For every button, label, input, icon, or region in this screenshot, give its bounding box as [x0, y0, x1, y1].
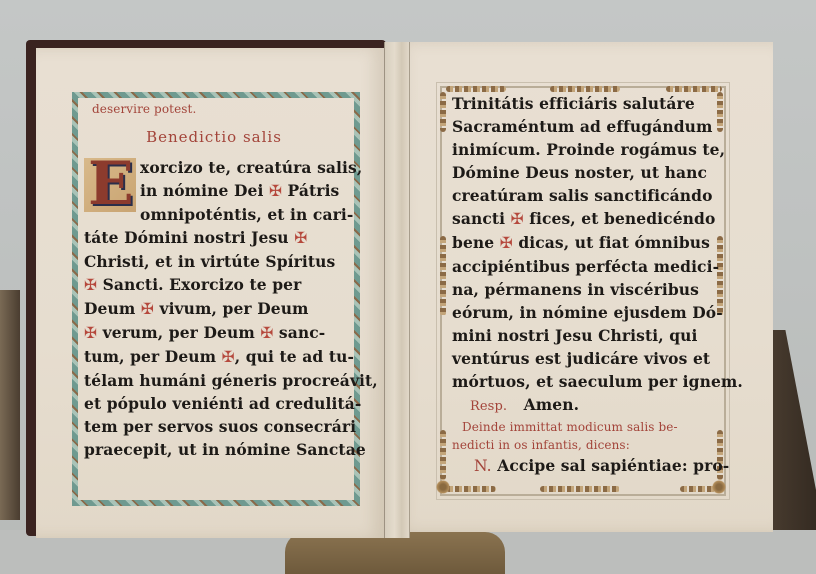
book-stand-left-edge	[0, 290, 20, 520]
text-line: inimícum. Proinde rogámus te,	[452, 138, 720, 161]
ornament-bottom-center	[540, 486, 620, 492]
text-line: bene ✠ dicas, ut fiat ómnibus	[452, 231, 720, 255]
ornament-left-middle	[440, 236, 446, 316]
text-line: sancti ✠ fices, et benedicéndo	[452, 207, 720, 231]
text-line: táte Dómini nostri Jesu ✠	[84, 226, 344, 250]
text-line: tem per servos suos consecrári	[84, 415, 344, 438]
right-page-text: Trinitátis efficiáris salutáre Sacramént…	[452, 92, 720, 478]
cross-icon: ✠	[222, 348, 235, 366]
text-line: praecepit, ut in nómine Sanctae	[84, 438, 344, 461]
final-label: N.	[474, 457, 492, 475]
ornament-bottom-left	[446, 486, 496, 492]
response-line: Resp. Amen.	[470, 393, 720, 418]
cross-icon: ✠	[84, 324, 97, 342]
text-line: accipiéntibus perfécta medici-	[452, 255, 720, 278]
text-line: tum, per Deum ✠, qui te ad tu-	[84, 345, 344, 369]
text-line: eórum, in nómine ejusdem Dó-	[452, 301, 720, 324]
cross-icon: ✠	[84, 276, 97, 294]
ornament-corner-bl	[436, 480, 450, 494]
illuminated-initial: E	[84, 158, 136, 212]
ornament-left-top	[440, 92, 446, 132]
text-line: télam humáni géneris procreávit,	[84, 369, 344, 392]
top-note: deservire potest.	[92, 100, 344, 118]
text-line: Trinitátis efficiáris salutáre	[452, 92, 720, 115]
ornament-left-bottom	[440, 430, 446, 480]
cross-icon: ✠	[269, 182, 282, 200]
response-label: Resp.	[470, 399, 507, 414]
response-text: Amen.	[524, 395, 579, 414]
text-line: mini nostri Jesu Christi, qui	[452, 324, 720, 347]
rubric-instruction: nedicti in os infantis, dicens:	[452, 436, 720, 454]
section-heading: Benedictio salis	[84, 128, 344, 146]
book-gutter	[384, 42, 410, 538]
text-line: ✠ Sancti. Exorcizo te per	[84, 273, 344, 297]
final-text: Accipe sal sapiéntiae: pro-	[497, 456, 729, 475]
wooden-book-stand	[285, 532, 505, 574]
ornament-corner-br	[712, 480, 726, 494]
cross-icon: ✠	[260, 324, 273, 342]
text-line: ventúrus est judicáre vivos et	[452, 347, 720, 370]
cross-icon: ✠	[141, 300, 154, 318]
cross-icon: ✠	[500, 234, 513, 252]
rubric-instruction: Deinde immittat modicum salis be-	[462, 418, 720, 436]
text-line: ✠ verum, per Deum ✠ sanc-	[84, 321, 344, 345]
left-page-text: deservire potest. Benedictio salis E xor…	[84, 100, 344, 461]
text-line: Dómine Deus noster, ut hanc	[452, 161, 720, 184]
text-line: creatúram salis sanctificándo	[452, 184, 720, 207]
final-line: N. Accipe sal sapiéntiae: pro-	[474, 454, 720, 478]
text-line: Deum ✠ vivum, per Deum	[84, 297, 344, 321]
cross-icon: ✠	[511, 210, 524, 228]
initial-letter: E	[88, 152, 134, 216]
text-line: Christi, et in virtúte Spíritus	[84, 250, 344, 273]
text-line: Sacraméntum ad effugándum	[452, 115, 720, 138]
text-line: na, pérmanens in viscéribus	[452, 278, 720, 301]
cross-icon: ✠	[294, 229, 307, 247]
text-line: et pópulo veniénti ad credulitá-	[84, 392, 344, 415]
text-line: mórtuos, et saeculum per ignem.	[452, 370, 720, 393]
